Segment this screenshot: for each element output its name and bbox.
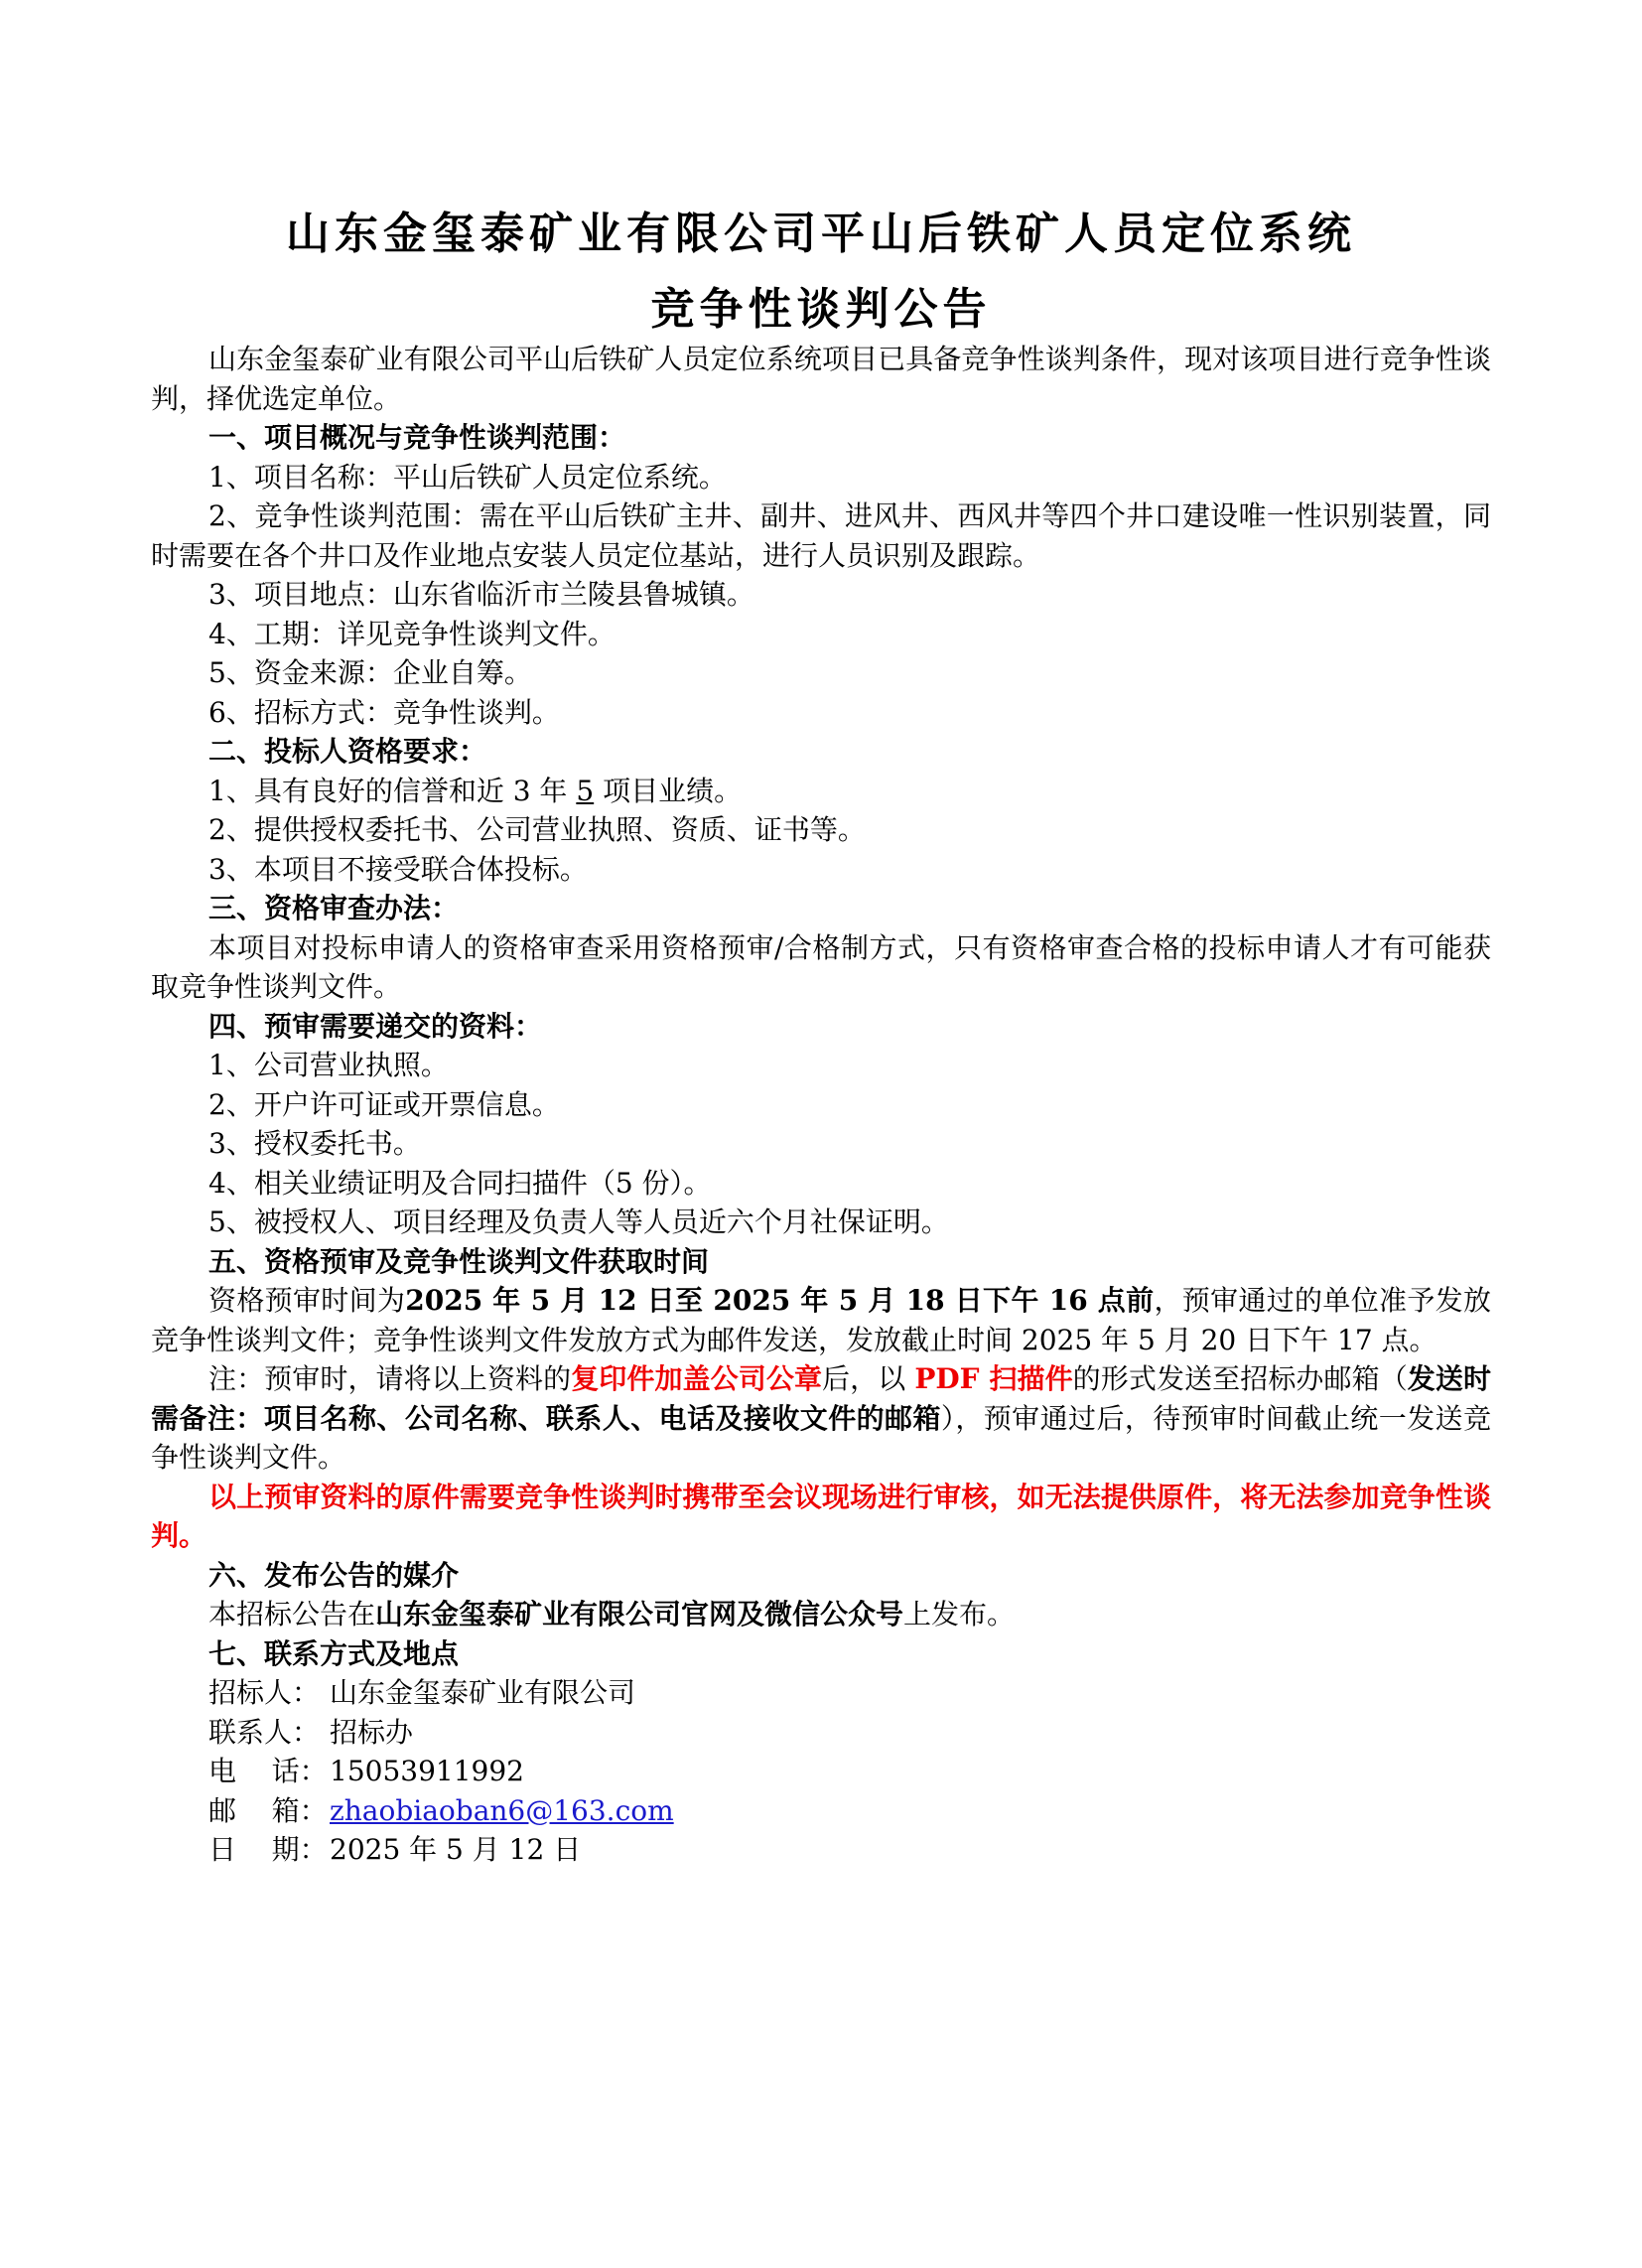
section1-heading: 一、项目概况与竞争性谈判范围： <box>151 418 1491 458</box>
media-text-end: 上发布。 <box>903 1598 1015 1630</box>
contact-value: 2025 年 5 月 12 日 <box>330 1830 581 1870</box>
section1-item: 1、项目名称：平山后铁矿人员定位系统。 <box>151 458 1491 497</box>
section5-heading: 五、资格预审及竞争性谈判文件获取时间 <box>151 1242 1491 1282</box>
section1-item: 2、竞争性谈判范围：需在平山后铁矿主井、副井、进风井、西风井等四个井口建设唯一性… <box>151 496 1491 575</box>
section7-heading: 七、联系方式及地点 <box>151 1634 1491 1674</box>
contact-tenderer: 招标人：山东金玺泰矿业有限公司 <box>151 1673 1491 1713</box>
note-text: 的形式发送至招标办邮箱（ <box>1073 1362 1408 1395</box>
section4-item: 3、授权委托书。 <box>151 1124 1491 1164</box>
section5-warning: 以上预审资料的原件需要竞争性谈判时携带至会议现场进行审核，如无法提供原件，将无法… <box>151 1478 1491 1556</box>
section4-item: 1、公司营业执照。 <box>151 1046 1491 1085</box>
section6-heading: 六、发布公告的媒介 <box>151 1556 1491 1596</box>
intro-paragraph: 山东金玺泰矿业有限公司平山后铁矿人员定位系统项目已具备竞争性谈判条件，现对该项目… <box>151 340 1491 418</box>
section4-heading: 四、预审需要递交的资料： <box>151 1007 1491 1047</box>
contact-value: 15053911992 <box>330 1752 524 1791</box>
note-text: 注：预审时，请将以上资料的 <box>208 1362 571 1395</box>
section1-item: 6、招标方式：竞争性谈判。 <box>151 693 1491 733</box>
section4-item: 2、开户许可证或开票信息。 <box>151 1085 1491 1125</box>
section2-item1-text: 1、具有良好的信誉和近 3 年 <box>208 775 576 807</box>
schedule-dates: 2025 年 5 月 12 日至 2025 年 5 月 18 日下午 16 点前 <box>405 1284 1154 1317</box>
section1-item: 3、项目地点：山东省临沂市兰陵县鲁城镇。 <box>151 575 1491 615</box>
media-text: 本招标公告在 <box>208 1598 375 1630</box>
underlined-count: 5 <box>576 775 594 807</box>
section5-note: 注：预审时，请将以上资料的复印件加盖公司公章后，以 PDF 扫描件的形式发送至招… <box>151 1359 1491 1478</box>
contact-value: 山东金玺泰矿业有限公司 <box>330 1673 635 1713</box>
contact-email: 邮 箱：zhaobiaoban6@163.com <box>151 1791 1491 1831</box>
note-red-emphasis: PDF 扫描件 <box>914 1362 1072 1395</box>
email-link[interactable]: zhaobiaoban6@163.com <box>330 1791 674 1831</box>
section4-item: 4、相关业绩证明及合同扫描件（5 份）。 <box>151 1164 1491 1204</box>
document-title-line1: 山东金玺泰矿业有限公司平山后铁矿人员定位系统 <box>151 207 1491 262</box>
section1-item: 4、工期：详见竞争性谈判文件。 <box>151 615 1491 654</box>
contact-phone: 电 话：15053911992 <box>151 1752 1491 1791</box>
section2-item1-text-end: 项目业绩。 <box>594 775 742 807</box>
section2-heading: 二、投标人资格要求： <box>151 732 1491 772</box>
contact-label: 招标人： <box>208 1673 330 1713</box>
section5-schedule: 资格预审时间为2025 年 5 月 12 日至 2025 年 5 月 18 日下… <box>151 1281 1491 1359</box>
contact-date: 日 期：2025 年 5 月 12 日 <box>151 1830 1491 1870</box>
section4-item: 5、被授权人、项目经理及负责人等人员近六个月社保证明。 <box>151 1203 1491 1242</box>
contact-label: 日 期： <box>208 1830 330 1870</box>
section3-heading: 三、资格审查办法： <box>151 889 1491 928</box>
document-body: 山东金玺泰矿业有限公司平山后铁矿人员定位系统项目已具备竞争性谈判条件，现对该项目… <box>151 340 1491 1870</box>
contact-value: 招标办 <box>330 1713 413 1753</box>
section2-item: 1、具有良好的信誉和近 3 年 5 项目业绩。 <box>151 772 1491 811</box>
section6-text: 本招标公告在山东金玺泰矿业有限公司官网及微信公众号上发布。 <box>151 1595 1491 1634</box>
note-red-emphasis: 复印件加盖公司公章 <box>571 1362 822 1395</box>
section2-item: 3、本项目不接受联合体投标。 <box>151 850 1491 890</box>
contact-label: 联系人： <box>208 1713 330 1753</box>
document-title-line2: 竞争性谈判公告 <box>151 282 1491 338</box>
media-channels: 山东金玺泰矿业有限公司官网及微信公众号 <box>375 1598 903 1630</box>
contact-person: 联系人：招标办 <box>151 1713 1491 1753</box>
schedule-text: 资格预审时间为 <box>208 1284 405 1317</box>
section1-item: 5、资金来源：企业自筹。 <box>151 653 1491 693</box>
contact-label: 邮 箱： <box>208 1791 330 1831</box>
note-text: 后，以 <box>822 1362 914 1395</box>
section2-item: 2、提供授权委托书、公司营业执照、资质、证书等。 <box>151 810 1491 850</box>
section3-text: 本项目对投标申请人的资格审查采用资格预审/合格制方式，只有资格审查合格的投标申请… <box>151 928 1491 1007</box>
contact-label: 电 话： <box>208 1752 330 1791</box>
